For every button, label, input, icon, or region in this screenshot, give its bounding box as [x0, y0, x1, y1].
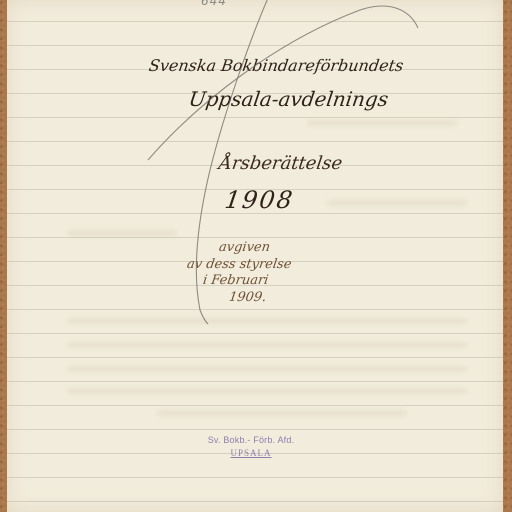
pencil-strike-mark [0, 0, 512, 512]
